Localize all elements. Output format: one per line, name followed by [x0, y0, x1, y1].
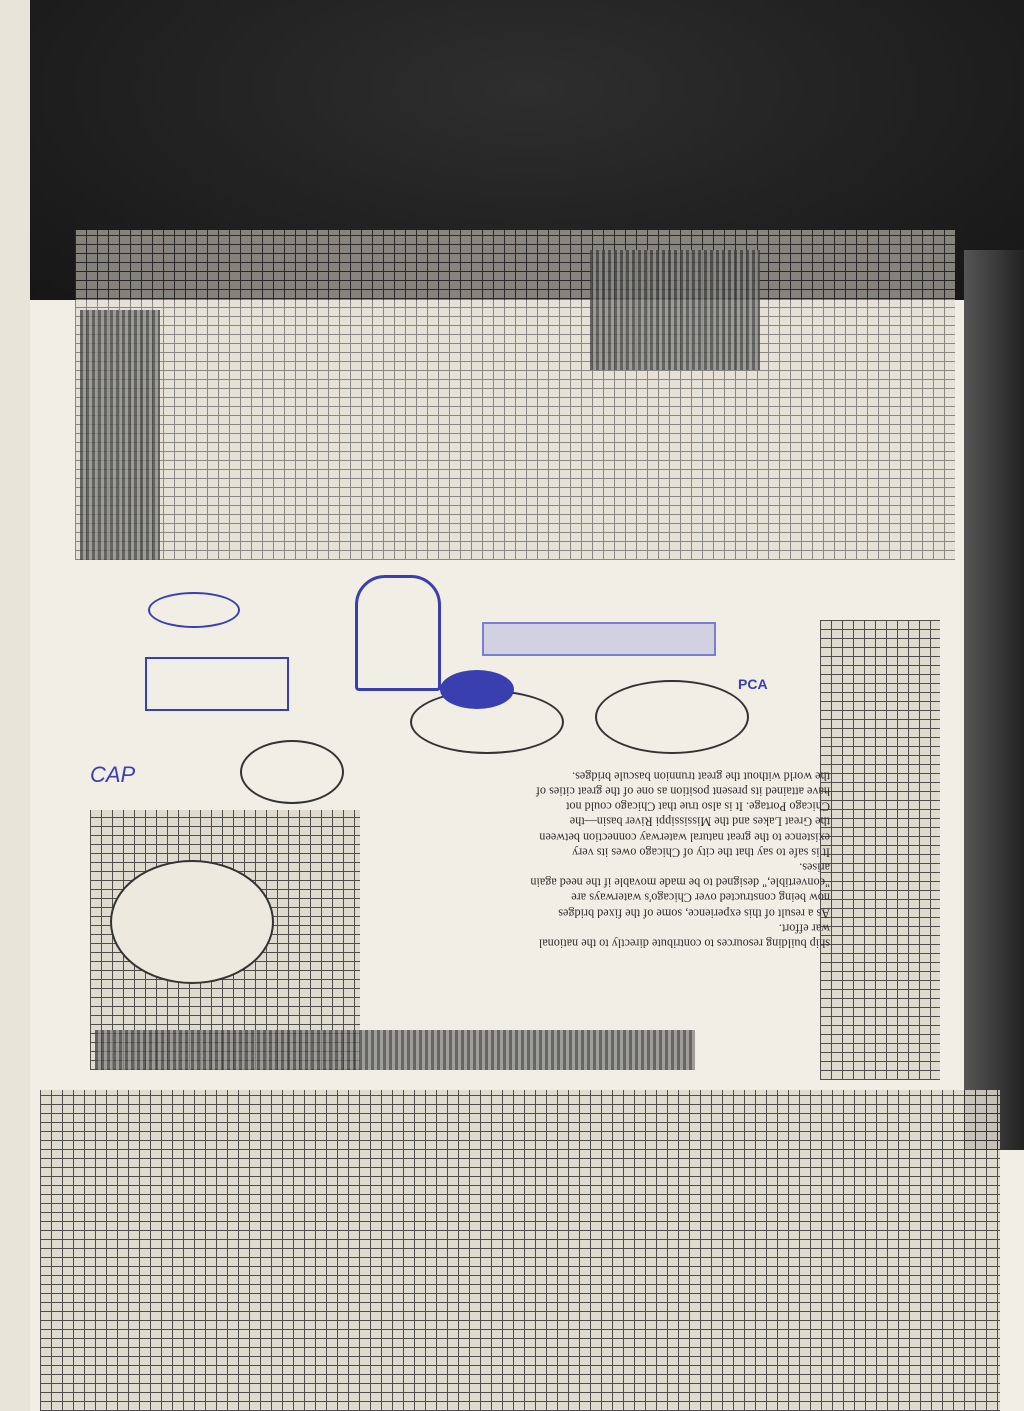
artwork-canvas: PCA CAP ship building resources to contr…	[0, 0, 1024, 1411]
tower-left	[80, 310, 160, 560]
pca-stamp: PCA	[738, 676, 768, 692]
base-strip	[95, 1030, 695, 1070]
text-line: now being constructed over Chicago's wat…	[360, 890, 830, 905]
lower-buildings	[40, 1090, 1000, 1411]
tower-right	[590, 250, 760, 370]
inverted-text-block: ship building resources to contribute di…	[360, 768, 830, 950]
paper-edge	[0, 0, 30, 1411]
dark-right-band	[964, 250, 1024, 1150]
blue-oval-stamp	[148, 592, 240, 628]
text-line: As a result of this experience, some of …	[360, 905, 830, 920]
right-grid-building	[820, 620, 940, 1080]
text-line: "convertible," designed to be made movab…	[360, 874, 830, 889]
blue-rect-stamp	[145, 657, 289, 711]
bowl-2	[595, 680, 749, 754]
text-line: the world without the great trunnion bas…	[360, 768, 830, 783]
text-line: the Great Lakes and the Mississippi Rive…	[360, 814, 830, 829]
text-line: war effort.	[360, 920, 830, 935]
blue-machine-drawing	[355, 575, 441, 691]
blue-wheels	[440, 670, 514, 709]
bowl-3	[240, 740, 344, 804]
stadium-shape	[110, 860, 274, 984]
upper-buildings	[75, 230, 955, 560]
text-line: have attained its present position as on…	[360, 783, 830, 798]
text-line: arises.	[360, 859, 830, 874]
text-line: It is safe to say that the city of Chica…	[360, 844, 830, 859]
cap-stamp: CAP	[90, 762, 135, 788]
text-line: ship building resources to contribute di…	[360, 935, 830, 950]
blue-banner-stamp	[482, 622, 716, 656]
text-line: existence to the great natural waterway …	[360, 829, 830, 844]
text-line: Chicago Portage. It is also true that Ch…	[360, 798, 830, 813]
